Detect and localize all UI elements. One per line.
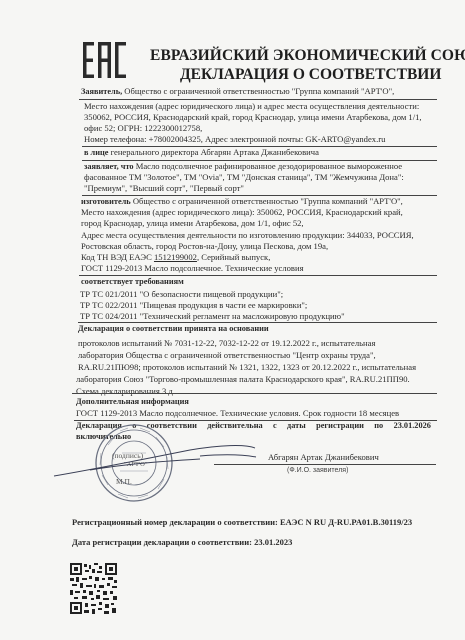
requirement-item: ТР ТС 021/2011 "О безопасности пищевой п… — [80, 289, 283, 301]
manufacturer-line5: Ростовская область, город Ростов-на-Дону… — [81, 241, 328, 253]
release-type: , Серийный выпуск, — [197, 252, 270, 262]
requirement-item: ТР ТС 024/2011 "Технический регламент на… — [80, 311, 345, 323]
registration-date-value: 23.01.2023 — [254, 537, 292, 547]
additional-info-label: Дополнительная информация — [76, 396, 189, 408]
registration-date-line: Дата регистрации декларации о соответств… — [72, 537, 292, 549]
manufacturer-line1: изготовитель Общество с ограниченной отв… — [81, 196, 403, 208]
signature-line — [214, 464, 436, 465]
applicant-name: Общество с ограниченной ответственностью… — [122, 86, 394, 96]
manufacturer-gost: ГОСТ 1129-2013 Масло подсолнечное. Техни… — [81, 263, 304, 275]
manufacturer-line2: Место нахождения (адрес юридического лиц… — [81, 207, 403, 219]
divider — [79, 99, 437, 100]
qr-code-icon[interactable] — [70, 563, 117, 614]
hs-code-value: 1512199002 — [154, 252, 197, 262]
title-eaeu: ЕВРАЗИЙСКИЙ ЭКОНОМИЧЕСКИЙ СОЮЗ — [150, 47, 465, 65]
registration-number-value: ЕАЭС N RU Д-RU.PA01.B.30119/23 — [280, 517, 412, 527]
hs-code-line: Код ТН ВЭД ЕАЭС 1512199002, Серийный вып… — [81, 252, 270, 264]
represented-value: генерального директора Абгарян Артака Дж… — [108, 147, 318, 157]
signer-name: Абгарян Артак Джанибекович — [268, 452, 379, 464]
applicant-contacts: Номер телефона: +78002004325, Адрес элек… — [84, 134, 385, 146]
requirements-label: соответствует требованиям — [81, 276, 184, 288]
validity-word: даты — [287, 420, 306, 432]
declares-line1: заявляет, что Масло подсолнечное рафинир… — [84, 161, 402, 173]
applicant-represented: в лице генерального директора Абгарян Ар… — [84, 147, 319, 159]
validity-word: действительна — [207, 420, 262, 432]
declaration-document: ЕВРАЗИЙСКИЙ ЭКОНОМИЧЕСКИЙ СОЮЗ ДЕКЛАРАЦИ… — [0, 0, 465, 640]
declares-label: заявляет, что — [84, 162, 134, 171]
requirement-item: ТР ТС 022/2011 "Пищевая продукция в част… — [80, 300, 307, 312]
divider — [72, 393, 437, 394]
basis-label: Декларация о соответствии принята на осн… — [78, 323, 269, 335]
validity-word: по — [374, 420, 383, 432]
registration-date-label: Дата регистрации декларации о соответств… — [72, 537, 254, 547]
basis-line1: протоколов испытаний № 7031-12-22, 7032-… — [78, 338, 375, 350]
represented-label: в лице — [84, 148, 108, 157]
applicant-row: Заявитель, Общество с ограниченной ответ… — [81, 86, 394, 98]
validity-word: регистрации — [316, 420, 364, 432]
applicant-label: Заявитель, — [81, 87, 122, 96]
registration-number-label: Регистрационный номер декларации о соотв… — [72, 517, 280, 527]
basis-line4: лаборатория Союз "Торгово-промышленная п… — [76, 374, 410, 386]
signature-icon — [50, 440, 260, 480]
additional-info-text: ГОСТ 1129-2013 Масло подсолнечное. Техни… — [76, 408, 399, 420]
hs-code-label: Код ТН ВЭД ЕАЭС — [81, 252, 154, 262]
signer-caption: (Ф.И.О. заявителя) — [287, 467, 348, 474]
registration-number-line: Регистрационный номер декларации о соотв… — [72, 517, 412, 529]
applicant-address-line3: офис 52; ОГРН: 1222300012758, — [84, 123, 202, 135]
manufacturer-label: изготовитель — [81, 197, 131, 206]
manufacturer-line3: город Краснодар, улица имени Атарбекова,… — [81, 218, 304, 230]
applicant-address-line2: 350062, РОССИЯ, Краснодарский край, горо… — [84, 112, 422, 124]
title-declaration: ДЕКЛАРАЦИЯ О СООТВЕТСТВИИ — [180, 66, 441, 84]
validity-word: с — [273, 420, 277, 432]
product-name: Масло подсолнечное рафинированное дезодо… — [134, 161, 403, 171]
manufacturer-line4: Адрес места осуществления деятельности п… — [81, 230, 414, 242]
basis-line2: лаборатория Общества с ограниченной отве… — [78, 350, 376, 362]
applicant-address-line1: Место нахождения (адрес юридического лиц… — [84, 101, 419, 113]
declares-line2: фасованное ТМ "Золотое", ТМ "Ovia", ТМ "… — [84, 172, 404, 184]
declares-line3: "Премиум", "Высший сорт", "Первый сорт" — [84, 183, 244, 195]
validity-end-date: 23.01.2026 — [394, 420, 431, 432]
basis-line3: RA.RU.21ПЮ98; протоколов испытаний № 132… — [78, 362, 416, 374]
manufacturer-name: Общество с ограниченной ответственностью… — [131, 196, 403, 206]
eac-logo-icon — [82, 40, 128, 80]
